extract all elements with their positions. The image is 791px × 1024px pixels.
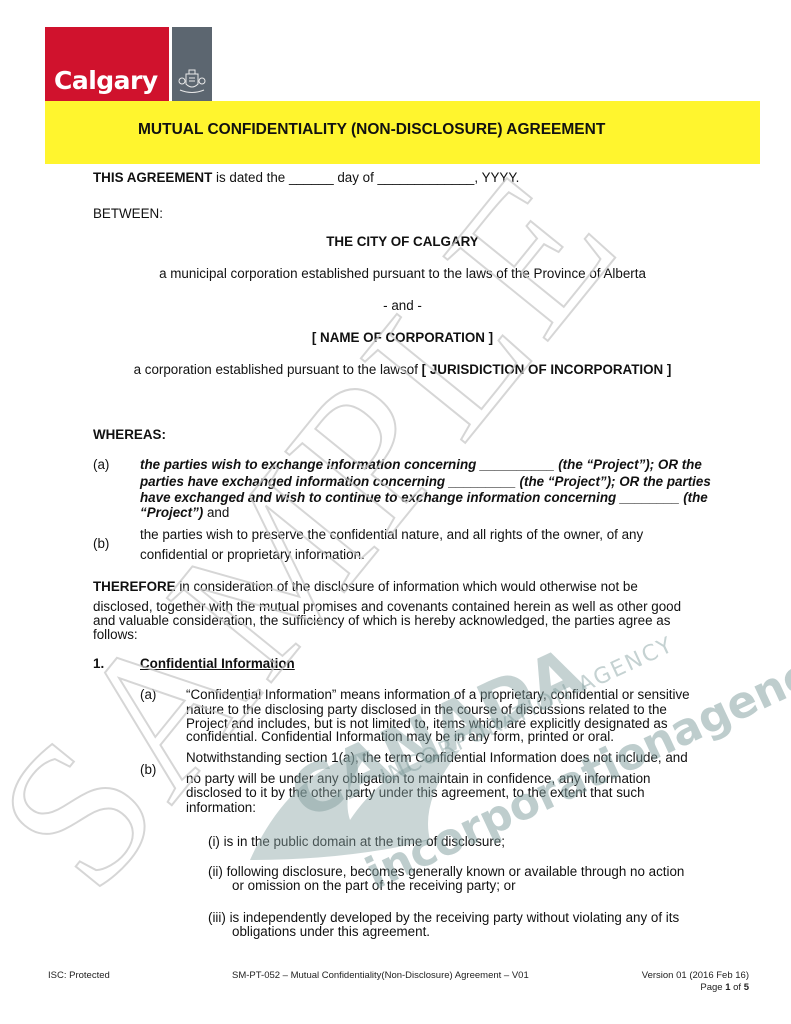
page-of: of xyxy=(731,982,744,993)
whereas-a-label: (a) xyxy=(93,457,109,473)
agreement-date-text: is dated the ______ day of _____________… xyxy=(212,170,519,185)
party2-name: [ NAME OF CORPORATION ] xyxy=(45,330,760,346)
section-1b-line: information: xyxy=(186,800,256,816)
section-1b-label: (b) xyxy=(140,762,156,778)
footer-classification: ISC: Protected xyxy=(48,970,110,981)
whereas-b-line: the parties wish to preserve the confide… xyxy=(140,527,643,543)
logo-text: Calgary xyxy=(54,66,158,95)
whereas-a-line: parties have exchanged information conce… xyxy=(140,474,711,490)
subitem-iii-cont: obligations under this agreement. xyxy=(232,924,430,940)
section-1b-line: Notwithstanding section 1(a), the term C… xyxy=(186,750,688,766)
whereas-a-line: have exchanged and wish to continue to e… xyxy=(140,490,708,506)
subitem-ii-cont: or omission on the part of the receiving… xyxy=(232,878,516,894)
therefore-text: in consideration of the disclosure of in… xyxy=(176,579,638,594)
footer-page-number: Page 1 of 5 xyxy=(700,982,749,993)
section-1a-line: “Confidential Information” means informa… xyxy=(186,687,690,703)
whereas-a-line-last: “Project”) and xyxy=(140,505,229,521)
page-total: 5 xyxy=(744,982,749,993)
agreement-date-line: THIS AGREEMENT is dated the ______ day o… xyxy=(93,170,519,186)
party2-jurisdiction: [ JURISDICTION OF INCORPORATION ] xyxy=(422,362,672,377)
footer-version: Version 01 (2016 Feb 16) xyxy=(642,970,749,981)
title-banner: MUTUAL CONFIDENTIALITY (NON-DISCLOSURE) … xyxy=(45,101,760,164)
therefore-label: THEREFORE xyxy=(93,579,176,594)
therefore-line: THEREFORE in consideration of the disclo… xyxy=(93,579,638,595)
agreement-label: THIS AGREEMENT xyxy=(93,170,212,185)
footer-document-id: SM-PT-052 – Mutual Confidentiality(Non-D… xyxy=(232,970,529,981)
party1-name: THE CITY OF CALGARY xyxy=(45,234,760,250)
whereas-b-line: confidential or proprietary information. xyxy=(140,547,365,563)
calgary-crest-icon xyxy=(176,66,208,96)
subitem-i: (i) is in the public domain at the time … xyxy=(208,834,505,850)
party2-description: a corporation established pursuant to th… xyxy=(45,362,760,378)
party2-desc-text: a corporation established pursuant to th… xyxy=(134,362,422,377)
calgary-logo: Calgary xyxy=(45,27,169,103)
therefore-line: follows: xyxy=(93,627,138,643)
and-separator: - and - xyxy=(45,298,760,314)
section-1b-line: disclosed to it by the other party under… xyxy=(186,785,645,801)
section-1-heading: Confidential Information xyxy=(140,656,295,672)
section-1a-line: confidential. Confidential Information m… xyxy=(186,729,614,745)
party1-description: a municipal corporation established purs… xyxy=(45,266,760,282)
page-prefix: Page xyxy=(700,982,725,993)
section-1a-label: (a) xyxy=(140,687,156,703)
project-term: “Project”) xyxy=(140,505,203,520)
whereas-b-label: (b) xyxy=(93,536,109,552)
whereas-a-line: the parties wish to exchange information… xyxy=(140,457,702,473)
whereas-heading: WHEREAS: xyxy=(93,427,166,443)
whereas-a-tail: and xyxy=(203,505,229,520)
between-label: BETWEEN: xyxy=(93,206,163,222)
document-title: MUTUAL CONFIDENTIALITY (NON-DISCLOSURE) … xyxy=(138,121,605,139)
therefore-line: and valuable consideration, the sufficie… xyxy=(93,613,670,629)
section-1-number: 1. xyxy=(93,656,104,672)
